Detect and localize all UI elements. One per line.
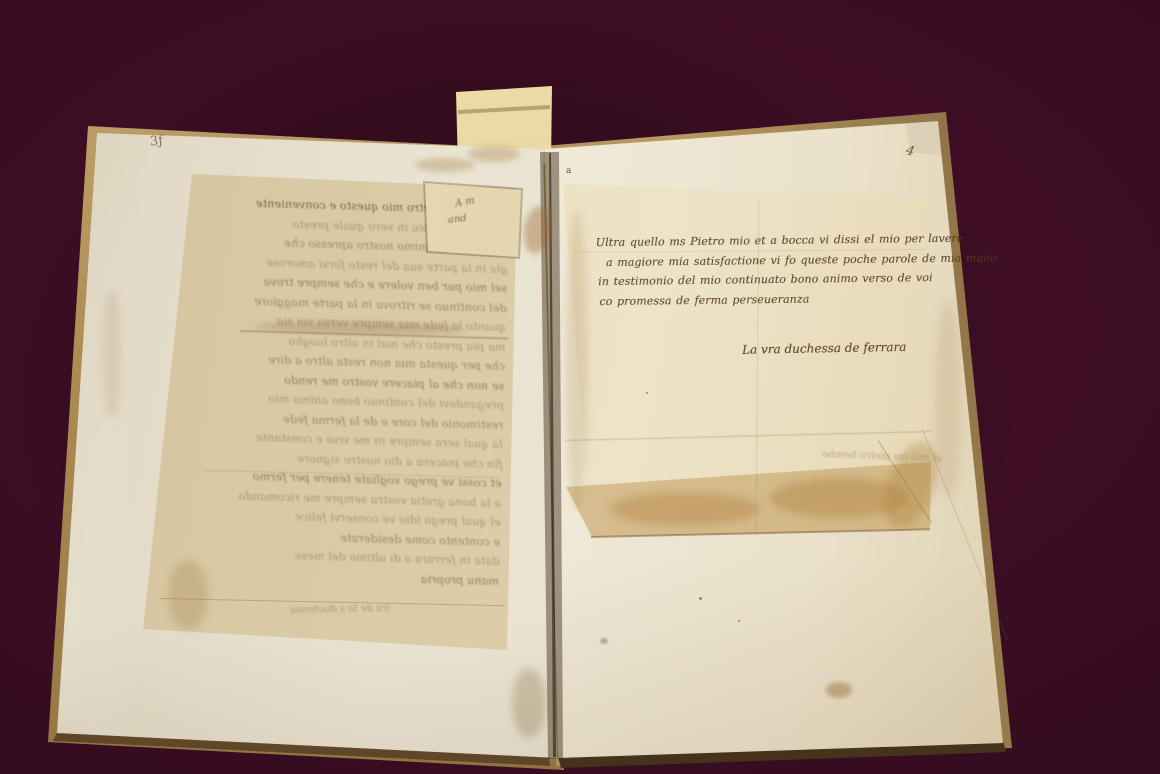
patch-mark: and xyxy=(447,213,467,226)
photo-scene: che pur ms pietro mio questo e convenien… xyxy=(0,0,1160,774)
stain xyxy=(826,682,852,698)
ink-speck xyxy=(699,597,702,600)
left-folio-number: 3ƒ xyxy=(149,133,164,149)
right-page-corner-mark: a xyxy=(566,166,571,176)
letter-lines: Ultra quello ms Pietro mio et a bocca vi… xyxy=(596,229,947,311)
ink-speck xyxy=(646,392,648,394)
ink-speck xyxy=(738,620,740,622)
ghost-lines: che pur ms pietro mio questo e convenien… xyxy=(142,191,509,601)
